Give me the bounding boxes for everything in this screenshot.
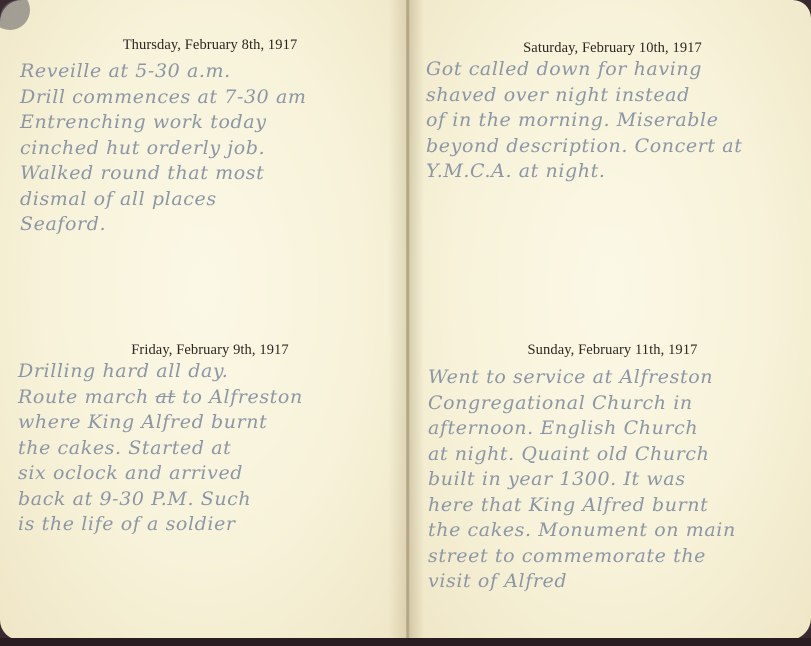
entry-date: Saturday, February 10th, 1917 [410, 40, 811, 57]
diary-entry-sunday: Sunday, February 11th, 1917 Went to serv… [410, 337, 811, 617]
handwritten-line: Went to service at Alfreston [428, 365, 736, 391]
handwritten-line: here that King Alfred burnt [428, 493, 736, 519]
entry-text: Reveille at 5-30 a.m. Drill commences at… [20, 59, 307, 238]
handwritten-line: at night. Quaint old Church [428, 442, 736, 468]
handwritten-line: Reveille at 5-30 a.m. [20, 59, 307, 85]
diary-entry-saturday: Saturday, February 10th, 1917 Got called… [410, 37, 811, 237]
diary-entry-thursday: Thursday, February 8th, 1917 Reveille at… [0, 37, 408, 297]
handwritten-line: Walked round that most [20, 161, 307, 187]
handwritten-line: Y.M.C.A. at night. [426, 159, 742, 185]
handwritten-line: the cakes. Started at [18, 436, 303, 462]
handwritten-line: Congregational Church in [428, 391, 736, 417]
handwritten-line: built in year 1300. It was [428, 467, 736, 493]
handwritten-line: dismal of all places [20, 187, 307, 213]
entry-date: Thursday, February 8th, 1917 [0, 37, 408, 54]
struck-word: at [155, 386, 175, 408]
handwritten-line: back at 9-30 P.M. Such [18, 487, 303, 513]
handwritten-line: street to commemorate the [428, 544, 736, 570]
handwritten-line: Seaford. [20, 212, 307, 238]
handwritten-line: beyond description. Concert at [426, 134, 742, 160]
entry-text: Drilling hard all day. Route march at to… [18, 359, 303, 538]
entry-date: Sunday, February 11th, 1917 [410, 342, 811, 359]
handwritten-line: Drilling hard all day. [18, 359, 303, 385]
handwritten-line: Entrenching work today [20, 110, 307, 136]
handwritten-line: cinched hut orderly job. [20, 136, 307, 162]
book-cover-edge [0, 638, 811, 646]
diary-spread: Thursday, February 8th, 1917 Reveille at… [0, 0, 811, 640]
handwritten-line: the cakes. Monument on main [428, 518, 736, 544]
handwritten-line: visit of Alfred [428, 569, 736, 595]
entry-date: Friday, February 9th, 1917 [0, 342, 408, 359]
handwritten-line: is the life of a soldier [18, 512, 303, 538]
handwritten-line: where King Alfred burnt [18, 410, 303, 436]
handwritten-line: shaved over night instead [426, 83, 742, 109]
diary-entry-friday: Friday, February 9th, 1917 Drilling hard… [0, 337, 408, 597]
handwritten-line: afternoon. English Church [428, 416, 736, 442]
handwritten-line: Route march at to Alfreston [18, 385, 303, 411]
handwritten-line: Got called down for having [426, 57, 742, 83]
handwritten-line: six oclock and arrived [18, 461, 303, 487]
line-text: to Alfreston [176, 386, 303, 408]
cover-corner [0, 0, 30, 30]
line-text: Route march [18, 386, 155, 408]
handwritten-line: of in the morning. Miserable [426, 108, 742, 134]
entry-text: Got called down for having shaved over n… [426, 57, 742, 185]
entry-text: Went to service at Alfreston Congregatio… [428, 365, 736, 595]
handwritten-line: Drill commences at 7-30 am [20, 85, 307, 111]
